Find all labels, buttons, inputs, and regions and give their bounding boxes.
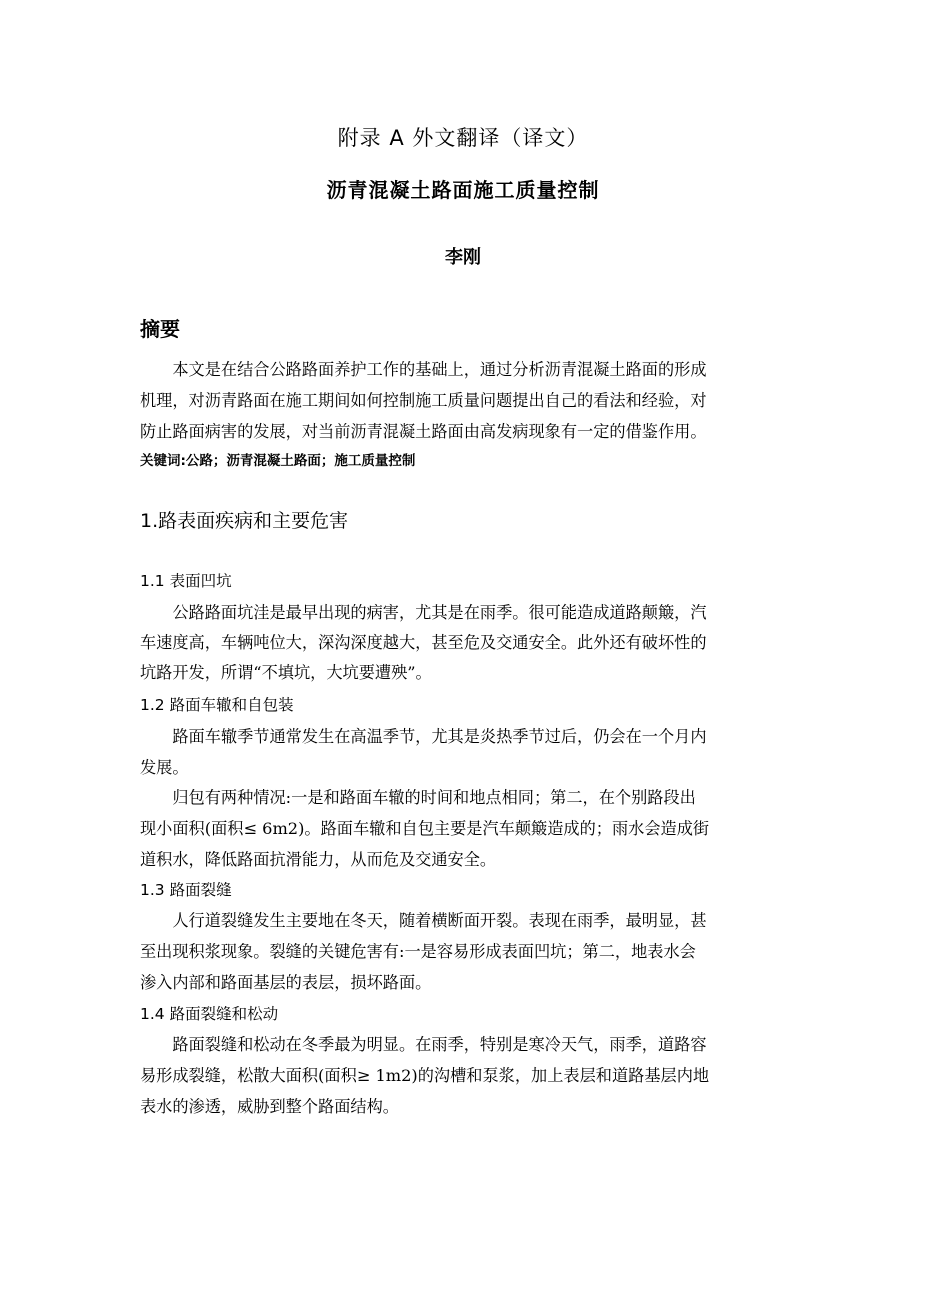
body-line: 道积水，降低路面抗滑能力，从而危及交通安全。 — [140, 846, 496, 870]
appendix-title: 附录 A 外文翻译（译文） — [0, 122, 926, 152]
subsection-heading: 1.2 路面车辙和自包装 — [140, 693, 294, 715]
body-line: 表水的渗透，威胁到整个路面结构。 — [140, 1093, 399, 1117]
body-line: 坑路开发，所谓“不填坑，大坑要遭殃”。 — [140, 659, 432, 683]
body-line: 路面车辙季节通常发生在高温季节，尤其是炎热季节过后，仍会在一个月内 — [140, 723, 707, 747]
body-line: 公路路面坑洼是最早出现的病害，尤其是在雨季。很可能造成道路颠簸，汽 — [140, 599, 707, 623]
body-line: 易形成裂缝，松散大面积(面积≥ 1m2)的沟槽和泵浆，加上表层和道路基层内地 — [140, 1062, 709, 1086]
body-line: 归包有两种情况:一是和路面车辙的时间和地点相同；第二，在个别路段出 — [140, 784, 696, 808]
paper-title: 沥青混凝土路面施工质量控制 — [0, 174, 926, 203]
section-heading: 1.路表面疾病和主要危害 — [140, 506, 348, 533]
body-line: 路面裂缝和松动在冬季最为明显。在雨季，特别是寒冷天气，雨季，道路容 — [140, 1031, 707, 1055]
body-line: 发展。 — [140, 754, 189, 778]
body-line: 现小面积(面积≤ 6m2)。路面车辙和自包主要是汽车颠簸造成的；雨水会造成街 — [140, 815, 709, 839]
body-line: 至出现积浆现象。裂缝的关键危害有:一是容易形成表面凹坑；第二，地表水会 — [140, 938, 696, 962]
subsection-heading: 1.1 表面凹坑 — [140, 569, 232, 591]
author-name: 李刚 — [0, 243, 926, 269]
abstract-line: 防止路面病害的发展，对当前沥青混凝土路面由高发病现象有一定的借鉴作用。 — [140, 418, 707, 442]
body-line: 人行道裂缝发生主要地在冬天，随着横断面开裂。表现在雨季，最明显，甚 — [140, 907, 707, 931]
subsection-heading: 1.4 路面裂缝和松动 — [140, 1002, 278, 1024]
abstract-heading: 摘要 — [140, 313, 180, 342]
body-line: 车速度高，车辆吨位大，深沟深度越大，甚至危及交通安全。此外还有破坏性的 — [140, 629, 707, 653]
keywords: 关键词:公路；沥青混凝土路面；施工质量控制 — [140, 449, 415, 469]
subsection-heading: 1.3 路面裂缝 — [140, 878, 232, 900]
abstract-line: 本文是在结合公路路面养护工作的基础上，通过分析沥青混凝土路面的形成 — [140, 356, 707, 380]
body-line: 渗入内部和路面基层的表层，损坏路面。 — [140, 969, 431, 993]
abstract-line: 机理，对沥青路面在施工期间如何控制施工质量问题提出自己的看法和经验，对 — [140, 387, 707, 411]
